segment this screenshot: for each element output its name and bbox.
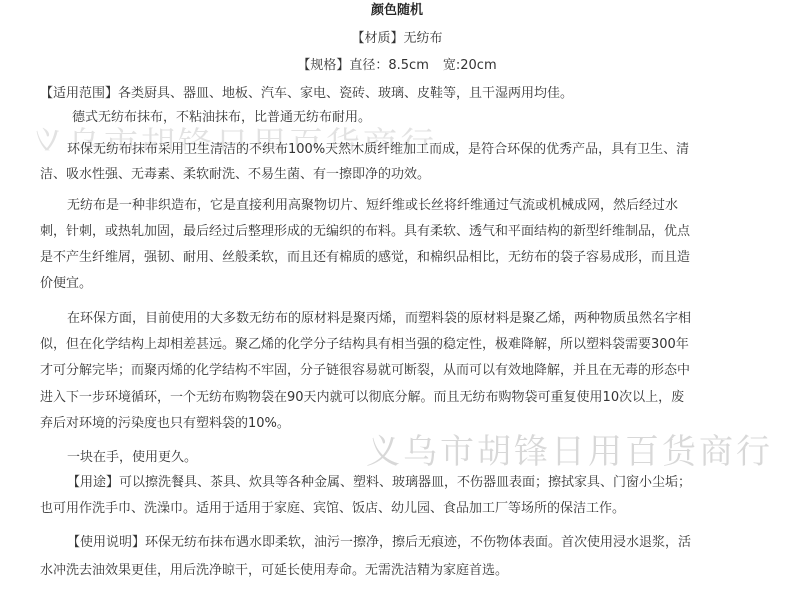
durable-line: 一块在手，使用更久。 [67, 449, 197, 467]
definition-line-2: 刺，针刺，或热轧加固，最后经过后整理形成的无编织的布料。具有柔软、透气和平面结构… [40, 223, 690, 241]
intro-line-1: 环保无纺布抹布采用卫生清洁的不织布100%天然木质纤维加工而成，是符合环保的优秀… [67, 141, 689, 159]
definition-line-4: 价便宜。 [40, 275, 92, 293]
watermark-bottom: 义乌市胡锋日用百货商行 [366, 424, 773, 473]
product-description-page: 义乌市胡锋日用百货商行 义乌市胡锋日用百货商行 颜色随机 【材质】无纺布 【规格… [0, 0, 794, 612]
definition-line-1: 无纺布是一种非织造布，它是直接利用高聚物切片、短纤维或长丝将纤维通过气流或机械成… [67, 197, 678, 215]
page-title: 颜色随机 [0, 2, 794, 20]
environment-line-3: 才可分解完毕；而聚丙烯的化学结构不牢固，分子链很容易就可断裂，从而可以有效地降解… [40, 362, 690, 380]
spec-line: 【规格】直径：8.5cm宽:20cm [0, 57, 794, 75]
environment-line-4: 进入下一步环境循环，一个无纺布购物袋在90天内就可以彻底分解。而且无纺布购物袋可… [40, 389, 684, 407]
environment-line-1: 在环保方面，目前使用的大多数无纺布的原材料是聚丙烯，而塑料袋的原材料是聚乙烯，两… [67, 310, 691, 328]
scope-line: 【适用范围】各类厨具、器皿、地板、汽车、家电、瓷砖、玻璃、皮鞋等，且干湿两用均佳… [40, 85, 573, 103]
usage-line-2: 也可用作洗手巾、洗澡巾。适用于适用于家庭、宾馆、饭店、幼儿园、食品加工厂等场所的… [40, 500, 625, 518]
instructions-line-2: 水冲洗去油效果更佳，用后洗净晾干，可延长使用寿命。无需洗洁精为家庭首选。 [40, 562, 508, 580]
intro-line-2: 洁、吸水性强、无毒素、柔软耐洗、不易生菌、有一擦即净的功效。 [40, 166, 430, 184]
spec-diameter: 【规格】直径：8.5cm [297, 58, 429, 73]
usage-line-1: 【用途】可以擦洗餐具、茶具、炊具等各种金属、塑料、玻璃器皿，不伤器皿表面；擦拭家… [67, 474, 691, 492]
environment-line-2: 似，但在化学结构上却相差甚远。聚乙烯的化学分子结构具有相当强的稳定性，极难降解，… [40, 336, 689, 354]
material-line: 【材质】无纺布 [0, 30, 794, 48]
german-line: 德式无纺布抹布，不粘油抹布，比普通无纺布耐用。 [72, 109, 371, 127]
instructions-line-1: 【使用说明】环保无纺布抹布遇水即柔软，油污一擦净，擦后无痕迹，不伤物体表面。首次… [67, 534, 691, 552]
definition-line-3: 是不产生纤维屑，强韧、耐用、丝般柔软，而且还有棉质的感觉，和棉织品相比，无纺布的… [40, 249, 690, 267]
spec-width: 宽:20cm [443, 58, 497, 73]
environment-line-5: 弃后对环境的污染度也只有塑料袋的10%。 [40, 415, 290, 433]
